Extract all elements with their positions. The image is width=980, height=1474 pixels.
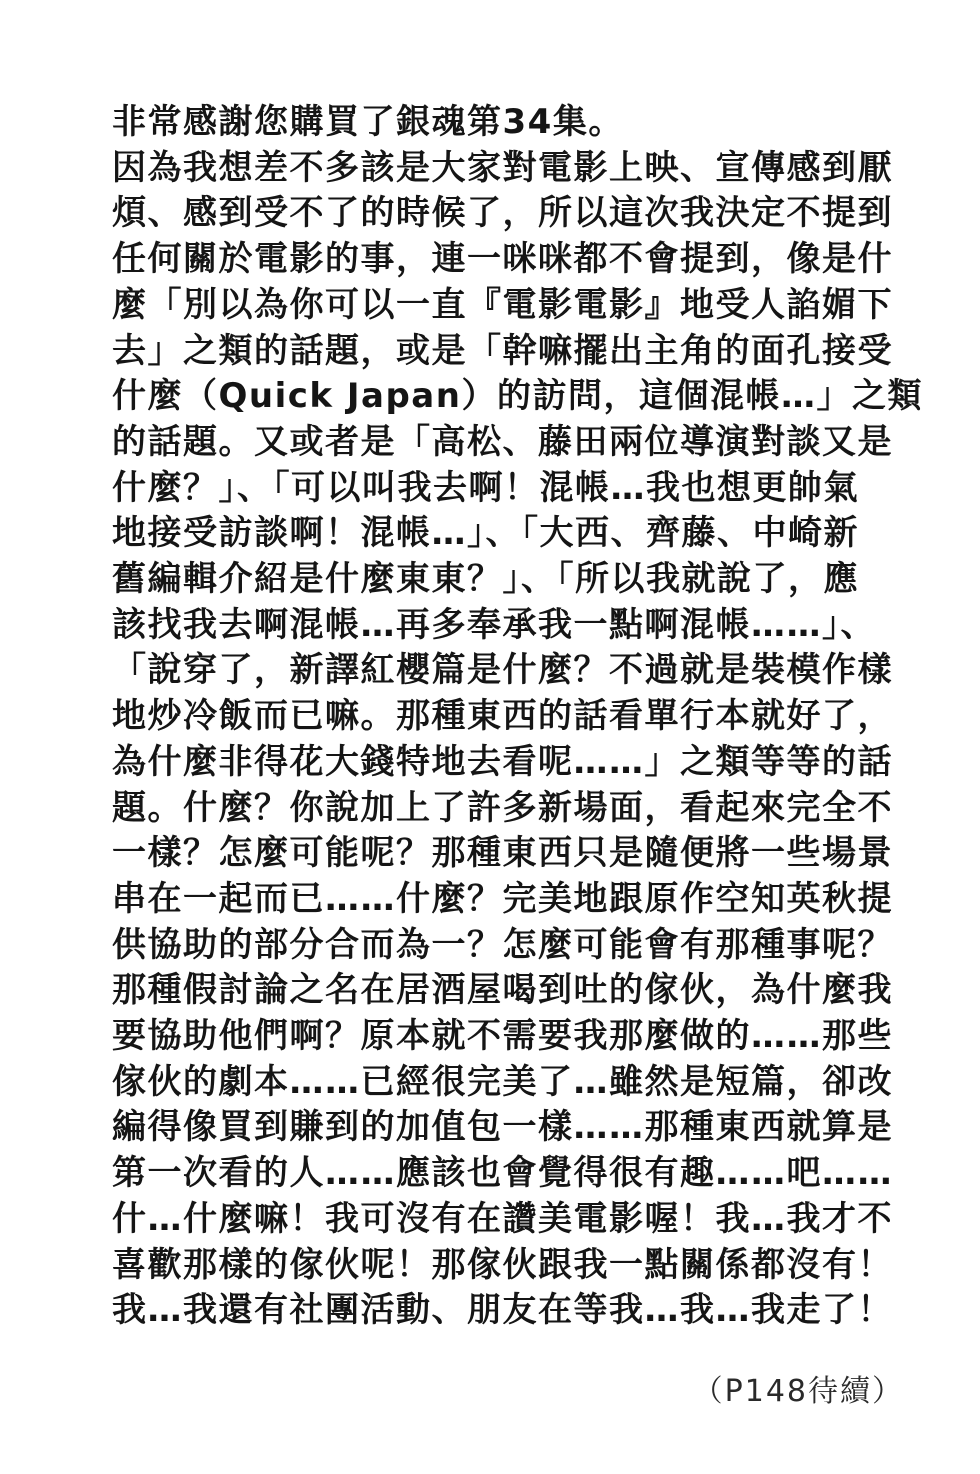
- text-line: 第一次看的人……應該也會覺得很有趣……吧……: [112, 1151, 894, 1197]
- text-line: 地炒冷飯而已嘛。那種東西的話看單行本就好了，: [112, 694, 894, 740]
- text-line: 供協助的部分合而為一？怎麼可能會有那種事呢？: [112, 923, 894, 969]
- text-line: 「說穿了，新譯紅櫻篇是什麼？不過就是裝模作樣: [112, 648, 894, 694]
- text-line: 編得像買到賺到的加值包一樣……那種東西就算是: [112, 1105, 894, 1151]
- text-line: 煩、感到受不了的時候了，所以這次我決定不提到: [112, 191, 894, 237]
- text-line: 什麼（Quick Japan）的訪問，這個混帳…」之類: [112, 374, 894, 420]
- text-line: 非常感謝您購買了銀魂第34集。: [112, 100, 894, 146]
- page-continuation-note: （P148待續）: [693, 1366, 904, 1410]
- text-line: 去」之類的話題，或是「幹嘛擺出主角的面孔接受: [112, 329, 894, 375]
- text-line: 什麼？」、「可以叫我去啊！混帳…我也想更帥氣: [112, 466, 894, 512]
- text-line: 我…我還有社團活動、朋友在等我…我…我走了！: [112, 1288, 894, 1334]
- text-line: 舊編輯介紹是什麼東東？」、「所以我就說了，應: [112, 557, 894, 603]
- text-line: 一樣？怎麼可能呢？那種東西只是隨便將一些場景: [112, 831, 894, 877]
- text-line: 為什麼非得花大錢特地去看呢……」之類等等的話: [112, 740, 894, 786]
- text-line: 題。什麼？你說加上了許多新場面，看起來完全不: [112, 786, 894, 832]
- text-line: 那種假討論之名在居酒屋喝到吐的傢伙，為什麼我: [112, 968, 894, 1014]
- text-line: 地接受訪談啊！混帳…」、「大西、齊藤、中崎新: [112, 511, 894, 557]
- text-line: 因為我想差不多該是大家對電影上映、宣傳感到厭: [112, 146, 894, 192]
- text-line: 該找我去啊混帳…再多奉承我一點啊混帳……」、: [112, 603, 894, 649]
- text-line: 麼「別以為你可以一直『電影電影』地受人諂媚下: [112, 283, 894, 329]
- text-line: 任何關於電影的事，連一咪咪都不會提到，像是什: [112, 237, 894, 283]
- text-line: 喜歡那樣的傢伙呢！那傢伙跟我一點關係都沒有！: [112, 1243, 894, 1289]
- text-line: 什…什麼嘛！我可沒有在讚美電影喔！我…我才不: [112, 1197, 894, 1243]
- text-line: 傢伙的劇本……已經很完美了…雖然是短篇，卻改: [112, 1060, 894, 1106]
- text-line: 的話題。又或者是「高松、藤田兩位導演對談又是: [112, 420, 894, 466]
- text-line: 串在一起而已……什麼？完美地跟原作空知英秋提: [112, 877, 894, 923]
- manga-afterword-page: 非常感謝您購買了銀魂第34集。因為我想差不多該是大家對電影上映、宣傳感到厭煩、感…: [0, 0, 980, 1474]
- afterword-text-block: 非常感謝您購買了銀魂第34集。因為我想差不多該是大家對電影上映、宣傳感到厭煩、感…: [112, 100, 894, 1334]
- text-line: 要協助他們啊？原本就不需要我那麼做的……那些: [112, 1014, 894, 1060]
